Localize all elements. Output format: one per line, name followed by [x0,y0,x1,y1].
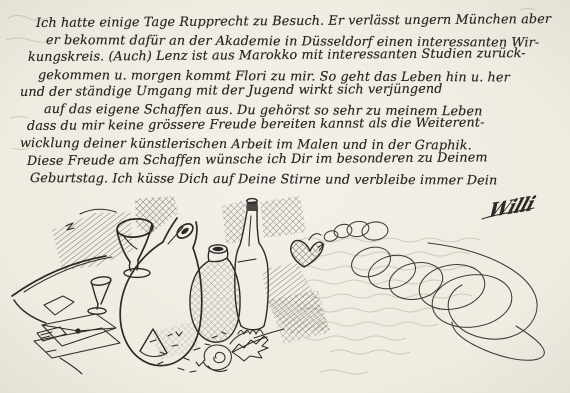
flute-glass [88,276,111,315]
handwriting-text: Ich hatte einige Tage Rupprecht zu Besuc… [0,15,570,187]
handwriting-line-9: Diese Freude am Schaffen wünsche ich Dir… [27,148,570,169]
rose-with-leaves [204,332,268,371]
background-hatching [52,196,330,344]
ground-speckles [150,329,284,372]
table [12,209,116,323]
signature-text: Willi [485,191,538,222]
large-lying-bottle [120,218,202,366]
jug [190,245,240,342]
letter-scan: Willi Ich hatte einige Tage Rupprecht zu… [0,0,570,393]
signature-scrawl: Willi [482,191,538,222]
handwriting-line-1: Ich hatte einige Tage Rupprecht zu Besuc… [36,11,570,32]
chalice-glass [116,217,153,277]
handwriting-line-3: kungskreis. (Auch) Lenz ist aus Marokko … [28,45,570,66]
handwriting-line-10: Geburtstag. Ich küsse Dich auf Deine Sti… [30,170,570,190]
wine-bottle [235,199,268,330]
handwriting-line-5: und der ständige Umgang mit der Jugend w… [20,79,570,101]
hatched-heart-doodle [291,234,324,267]
letters-and-envelope [34,296,120,374]
loop-flourish [323,220,545,361]
handwriting-line-7: dass du mir keine grössere Freude bereit… [27,114,570,135]
